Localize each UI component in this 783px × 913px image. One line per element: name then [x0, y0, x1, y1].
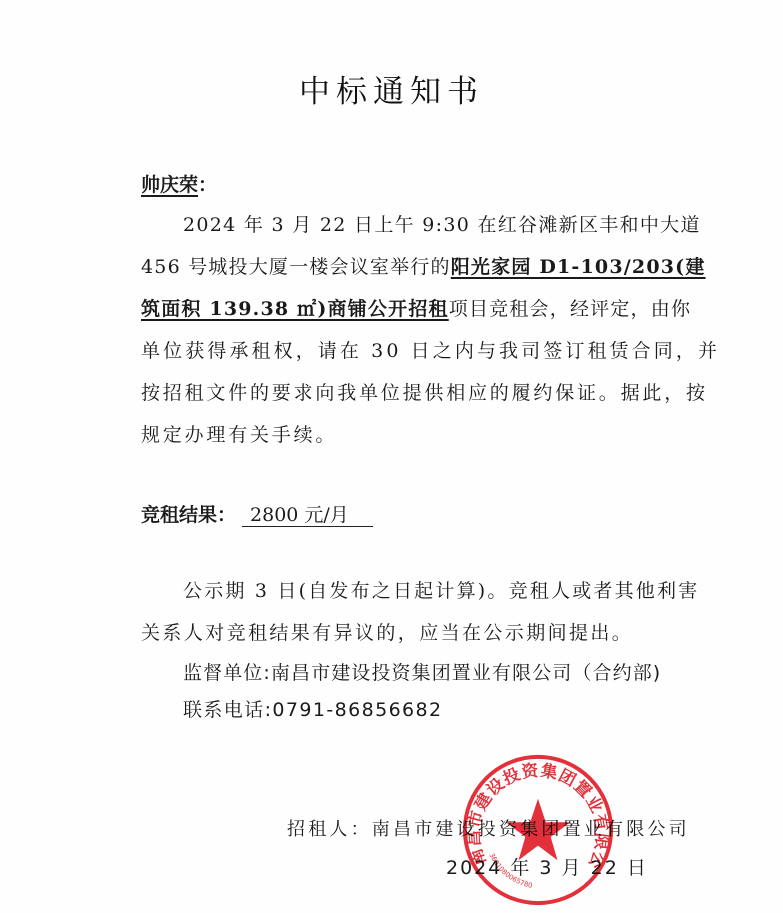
contact-phone: 联系电话:0791-86856682	[183, 697, 443, 723]
document-title: 中标通知书	[0, 66, 783, 111]
supervisor-unit: 监督单位:南昌市建设投资集团置业有限公司（合约部)	[183, 660, 661, 686]
svg-text:3601080065780: 3601080065780	[487, 852, 533, 890]
paragraph1-line1: 2024 年 3 月 22 日上午 9:30 在红谷滩新区丰和中大道	[183, 212, 701, 238]
paragraph2-line1: 公示期 3 日(自发布之日起计算)。竞租人或者其他利害	[183, 578, 699, 604]
bid-result-value: 2800 元/月	[242, 504, 373, 527]
paragraph1-line5: 按招租文件的要求向我单位提供相应的履约保证。据此，按	[141, 380, 708, 406]
paragraph1-line3: 筑面积 139.38 ㎡)商铺公开招租项目竞租会，经评定，由你	[141, 296, 691, 322]
addressee: 帅庆荣：	[141, 172, 217, 198]
bid-result-label: 竞租结果：	[141, 504, 236, 526]
addressee-colon: ：	[198, 174, 217, 196]
addressee-name: 帅庆荣	[141, 174, 198, 196]
paragraph1-line2-text: 456 号城投大厦一楼会议室举行的	[141, 256, 451, 278]
bid-result: 竞租结果：2800 元/月	[141, 502, 373, 528]
paragraph1-line3-text: 项目竞租会，经评定，由你	[449, 298, 691, 320]
project-name-part2: 筑面积 139.38 ㎡)商铺公开招租	[141, 298, 449, 320]
document-page: 中标通知书 帅庆荣： 2024 年 3 月 22 日上午 9:30 在红谷滩新区…	[0, 0, 783, 913]
paragraph2-line2: 关系人对竞租结果有异议的，应当在公示期间提出。	[141, 620, 633, 646]
project-name-part1: 阳光家园 D1-103/203(建	[451, 256, 706, 278]
paragraph1-line6: 规定办理有关手续。	[141, 422, 337, 448]
paragraph1-line2: 456 号城投大厦一楼会议室举行的阳光家园 D1-103/203(建	[141, 254, 706, 280]
paragraph1-line4: 单位获得承租权，请在 30 日之内与我司签订租赁合同，并	[141, 338, 720, 364]
company-seal-icon: 南昌市建设投资集团置业有限公司 3601080065780	[460, 752, 616, 908]
